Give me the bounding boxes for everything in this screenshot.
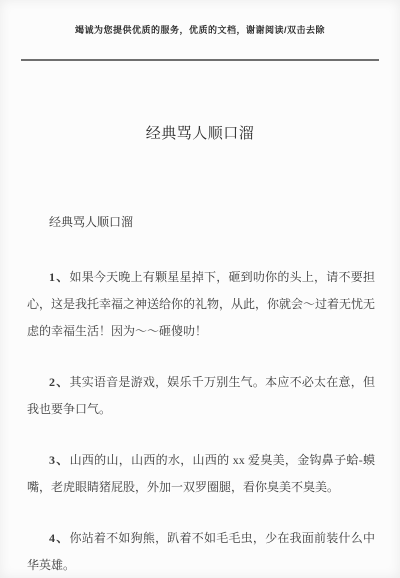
paragraph: 1、如果今天晚上有颗星星掉下，砸到叻你的头上，请不要担心，这是我托幸福之神送给你… <box>27 264 375 345</box>
paragraph-number: 3、 <box>49 453 70 467</box>
document-page: 竭诚为您提供优质的服务，优质的文档，谢谢阅读/双击去除 经典骂人顺口溜 经典骂人… <box>0 0 400 578</box>
paragraph: 4、你站着不如狗熊，趴着不如毛毛虫，少在我面前装什么中华英雄。 <box>27 525 375 578</box>
document-title: 经典骂人顺口溜 <box>0 121 400 147</box>
paragraph: 3、山西的山，山西的水，山西的 xx 爱臭美，金钩鼻子蛤-蟆嘴，老虎眼睛猪屁股，… <box>27 447 375 501</box>
paragraph-text: 山西的山，山西的水，山西的 xx 爱臭美，金钩鼻子蛤-蟆嘴，老虎眼睛猪屁股，外加… <box>27 453 375 494</box>
paragraph-text: 其实语音是游戏，娱乐千万别生气。本应不必太在意，但我也要争口气。 <box>27 375 375 416</box>
paragraph-text: 如果今天晚上有颗星星掉下，砸到叻你的头上，请不要担心，这是我托幸福之神送给你的礼… <box>27 270 375 338</box>
paragraph-number: 1、 <box>49 270 69 284</box>
paragraph-number: 4、 <box>49 531 69 545</box>
paragraph-text: 你站着不如狗熊，趴着不如毛毛虫，少在我面前装什么中华英雄。 <box>27 531 375 572</box>
header-divider <box>21 59 379 61</box>
paragraph: 2、其实语音是游戏，娱乐千万别生气。本应不必太在意，但我也要争口气。 <box>27 369 375 423</box>
paragraph-number: 2、 <box>49 375 69 389</box>
section-heading: 经典骂人顺口溜 <box>27 209 373 236</box>
header-note: 竭诚为您提供优质的服务，优质的文档，谢谢阅读/双击去除 <box>30 23 370 37</box>
